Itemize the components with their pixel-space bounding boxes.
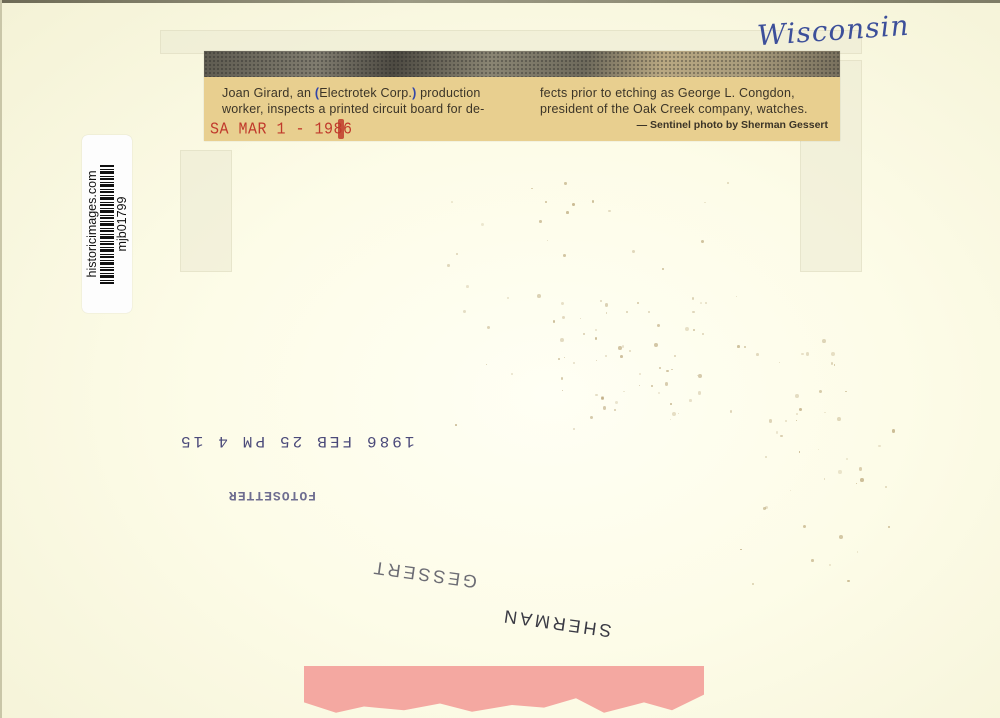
clipping-photo-strip — [204, 51, 840, 77]
label-id: mjb01799 — [115, 197, 129, 252]
top-edge — [0, 0, 1000, 3]
tape-residue — [180, 150, 232, 272]
caption-right-column: fects prior to etching as George L. Cong… — [540, 85, 808, 117]
label-site: historicimages.com — [85, 171, 99, 278]
caption-line: Joan Girard, an (Electrotek Corp.) produ… — [222, 85, 485, 101]
newspaper-clipping: Joan Girard, an (Electrotek Corp.) produ… — [204, 51, 840, 141]
caption-line: fects prior to etching as George L. Cong… — [540, 85, 808, 101]
photo-credit: — Sentinel photo by Sherman Gessert — [637, 119, 828, 131]
barcode-label: historicimages.com mjb01799 — [82, 135, 132, 313]
date-stamp: SA MAR 1 - 1986 — [210, 120, 353, 139]
photographer-last-name: GESSERT — [370, 556, 479, 592]
received-date-stamp: 1986FEB25PM415 — [172, 432, 420, 450]
left-edge — [0, 0, 2, 718]
caption-left-column: Joan Girard, an (Electrotek Corp.) produ… — [222, 85, 485, 117]
barcode-icon — [100, 164, 114, 284]
caption-line: worker, inspects a printed circuit board… — [222, 101, 485, 117]
department-stamp: FOTOSETTER — [228, 488, 316, 503]
ink-bracket-icon: ) — [412, 86, 416, 100]
caption-line: president of the Oak Creek company, watc… — [540, 101, 808, 117]
stamp-mark-icon — [338, 119, 344, 139]
